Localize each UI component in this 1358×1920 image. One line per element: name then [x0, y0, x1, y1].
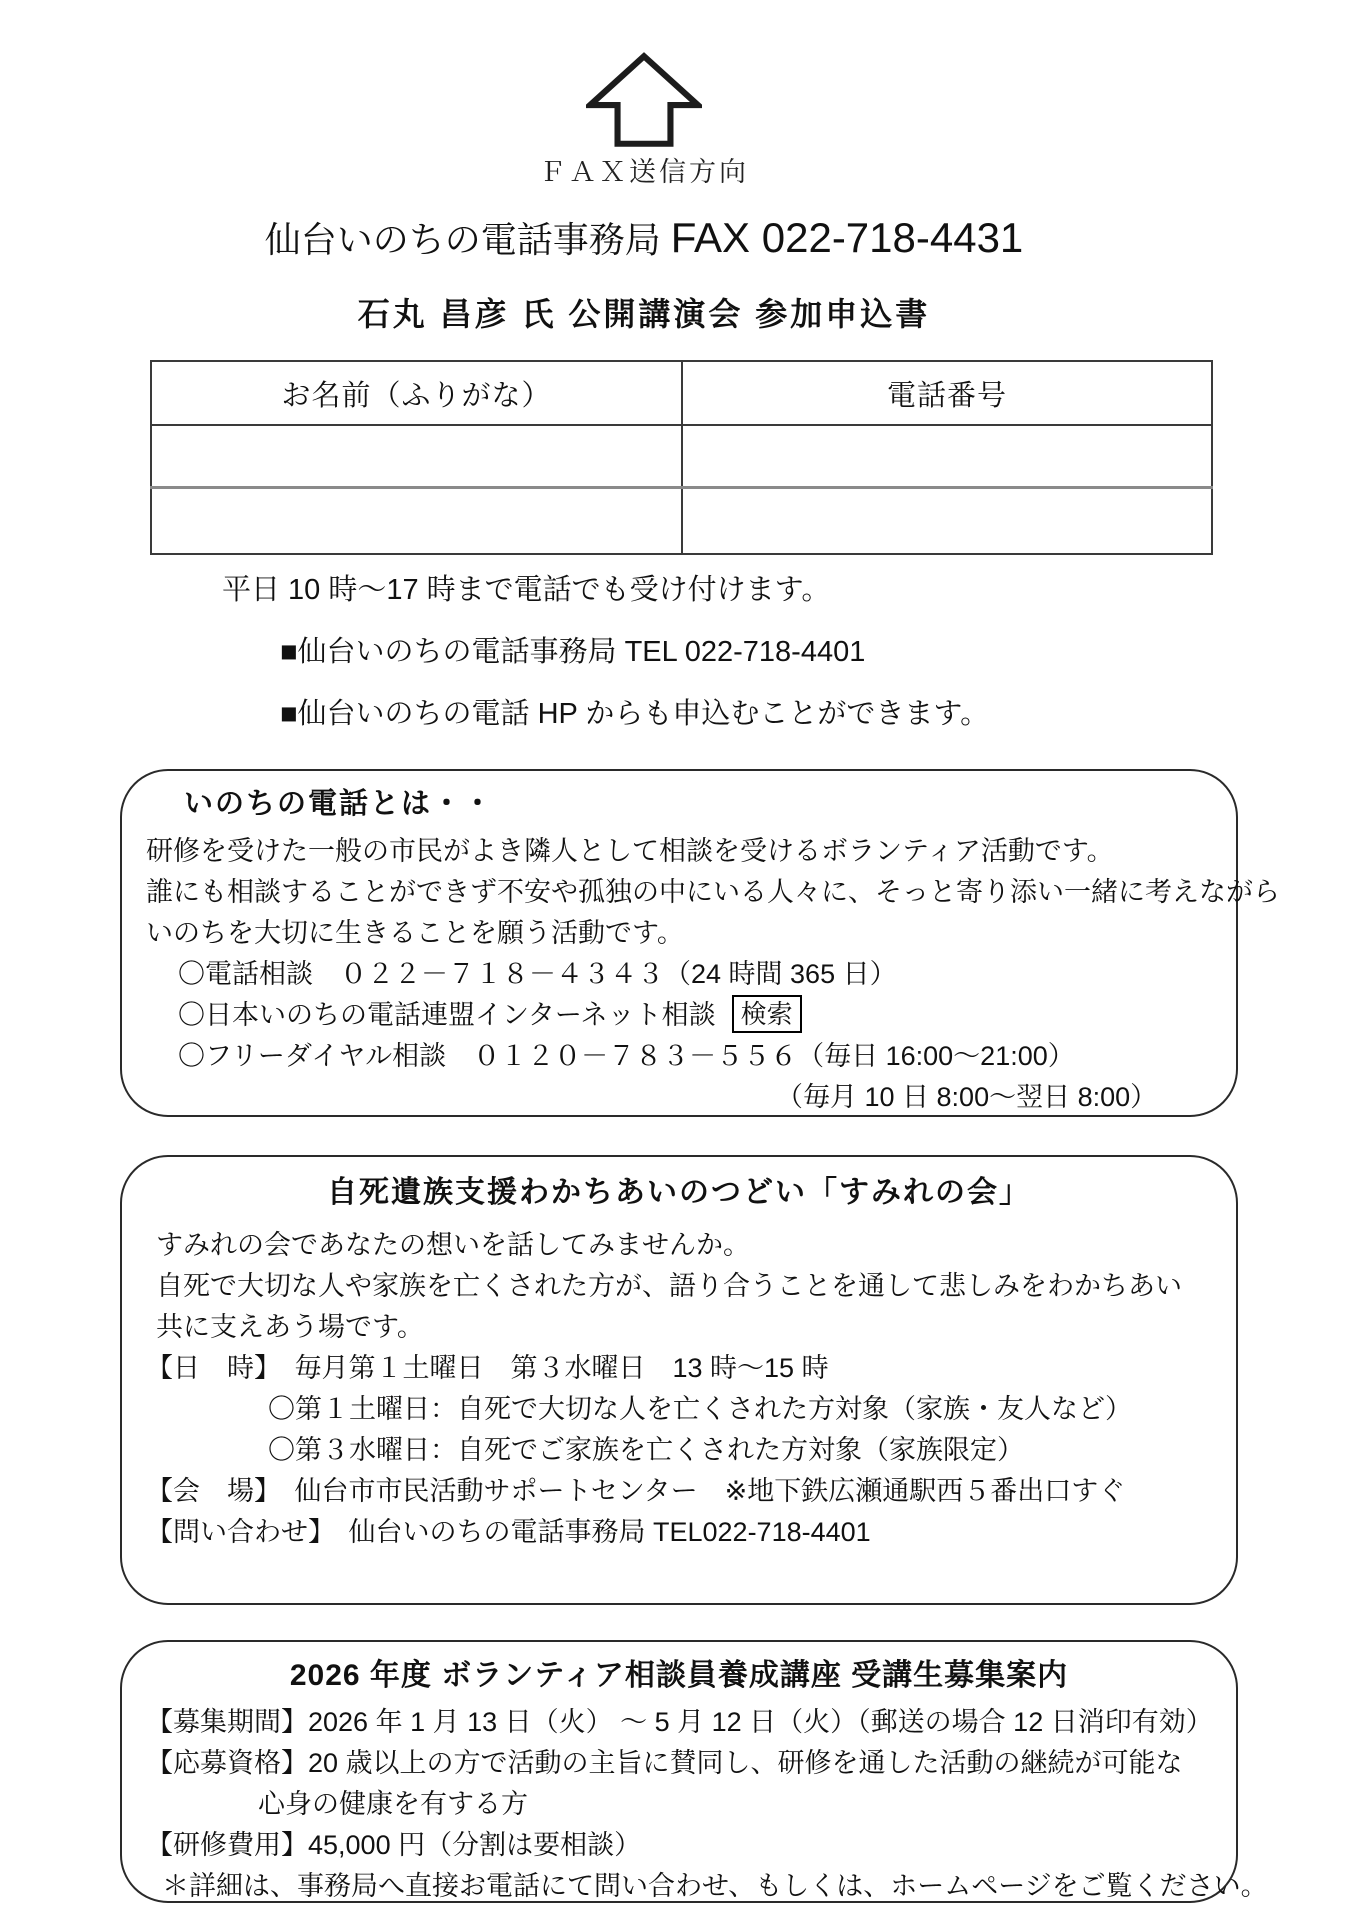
search-button: 検索	[732, 995, 802, 1033]
tel-consult-line: 〇電話相談 ０２２－７１８－４３４３（24 時間 365 日）	[146, 954, 1212, 995]
form-title: 石丸 昌彦 氏 公開講演会 参加申込書	[0, 294, 1288, 334]
internet-consult-line: 〇日本いのちの電話連盟インターネット相談検索	[146, 995, 1212, 1036]
tel-bullet: ■仙台いのちの電話事務局 TEL 022-718-4401	[280, 633, 1358, 671]
up-arrow-icon	[586, 52, 702, 148]
training-course-box: 2026 年度 ボランティア相談員養成講座 受講生募集案内 【募集期間】2026…	[120, 1640, 1238, 1903]
fax-number: FAX 022-718-4431	[671, 214, 1024, 261]
eligibility-cont-line: 心身の健康を有する方	[146, 1784, 1212, 1825]
fax-header-section: ＦＡＸ送信方向 仙台いのちの電話事務局FAX 022-718-4431 石丸 昌…	[0, 0, 1358, 334]
contact-line: 【問い合わせ】 仙台いのちの電話事務局 TEL022-718-4401	[146, 1512, 1212, 1553]
detail-note-line: ＊詳細は、事務局へ直接お電話にて問い合わせ、もしくは、ホームページをご覧ください…	[146, 1866, 1212, 1907]
name-column-header: お名前（ふりがな）	[151, 361, 682, 425]
name-input-cell-1[interactable]	[151, 425, 682, 488]
name-input-cell-2[interactable]	[151, 488, 682, 555]
org-name: 仙台いのちの電話事務局	[265, 219, 661, 260]
saturday-line: 〇第１土曜日：自死で大切な人を亡くされた方対象（家族・友人など）	[146, 1389, 1212, 1430]
course-title: 2026 年度 ボランティア相談員養成講座 受講生募集案内	[146, 1658, 1212, 1694]
sumire-paragraph-1: すみれの会であなたの想いを話してみませんか。	[146, 1225, 1212, 1266]
about-paragraph-2: 誰にも相談することができず不安や孤独の中にいる人々に、そっと寄り添い一緒に考えな…	[146, 872, 1212, 913]
fax-direction-arrow	[0, 0, 1288, 148]
freedial-line: 〇フリーダイヤル相談 ０１２０－７８３－５５６（毎日 16:00～21:00）	[146, 1036, 1212, 1077]
phone-note: 平日 10 時～17 時まで電話でも受け付けます。	[222, 571, 1358, 609]
fax-direction-label: ＦＡＸ送信方向	[0, 156, 1288, 188]
fee-line: 【研修費用】45,000 円（分割は要相談）	[146, 1825, 1212, 1866]
freedial-hours-line: （毎月 10 日 8:00～翌日 8:00）	[146, 1077, 1212, 1118]
internet-consult-text: 〇日本いのちの電話連盟インターネット相談	[178, 1000, 716, 1030]
sumire-paragraph-3: 共に支えあう場です。	[146, 1307, 1212, 1348]
table-row	[151, 488, 1212, 555]
phone-input-cell-2[interactable]	[682, 488, 1212, 555]
venue-line: 【会 場】 仙台市市民活動サポートセンター ※地下鉄広瀬通駅西５番出口すぐ	[146, 1471, 1212, 1512]
page-title: 仙台いのちの電話事務局FAX 022-718-4431	[0, 214, 1288, 264]
phone-input-cell-1[interactable]	[682, 425, 1212, 488]
phone-column-header: 電話番号	[682, 361, 1212, 425]
sumire-title: 自死遺族支援わかちあいのつどい「すみれの会」	[146, 1175, 1212, 1211]
period-line: 【募集期間】2026 年 1 月 13 日（火） ～ 5 月 12 日（火）（郵…	[146, 1702, 1212, 1743]
hp-bullet: ■仙台いのちの電話 HP からも申込むことができます。	[280, 695, 1358, 733]
about-lifeline-box: いのちの電話とは・・ 研修を受けた一般の市民がよき隣人として相談を受けるボランテ…	[120, 769, 1238, 1117]
sumire-group-box: 自死遺族支援わかちあいのつどい「すみれの会」 すみれの会であなたの想いを話してみ…	[120, 1155, 1238, 1605]
eligibility-line: 【応募資格】20 歳以上の方で活動の主旨に賛同し、研修を通した活動の継続が可能な	[146, 1743, 1212, 1784]
schedule-line: 【日 時】 毎月第１土曜日 第３水曜日 13 時～15 時	[146, 1348, 1212, 1389]
table-row	[151, 425, 1212, 488]
about-paragraph-1: 研修を受けた一般の市民がよき隣人として相談を受けるボランティア活動です。	[146, 831, 1212, 872]
sumire-paragraph-2: 自死で大切な人や家族を亡くされた方が、語り合うことを通して悲しみをわかちあい	[146, 1266, 1212, 1307]
about-paragraph-3: いのちを大切に生きることを願う活動です。	[146, 913, 1212, 954]
wednesday-line: 〇第３水曜日：自死でご家族を亡くされた方対象（家族限定）	[146, 1430, 1212, 1471]
about-title: いのちの電話とは・・	[184, 787, 1212, 821]
application-table: お名前（ふりがな） 電話番号	[150, 360, 1213, 555]
table-header-row: お名前（ふりがな） 電話番号	[151, 361, 1212, 425]
